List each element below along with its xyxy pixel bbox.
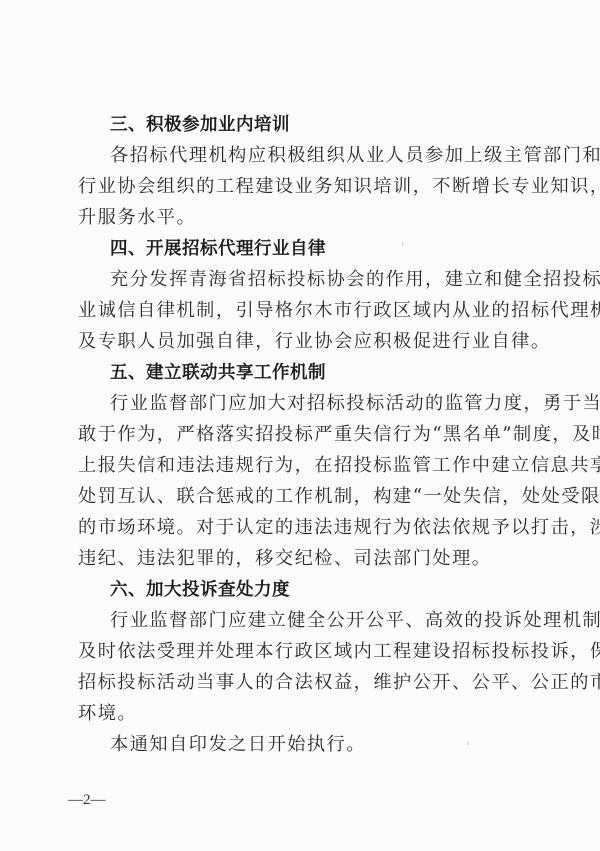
paragraph-line: 业诚信自律机制，引导格尔木市行政区域内从业的招标代理机构 xyxy=(78,300,532,322)
paragraph-line: 及时依法受理并处理本行政区域内工程建设招标投标投诉，保护 xyxy=(78,641,532,663)
paragraph-line: 行业协会组织的工程建设业务知识培训，不断增长专业知识，提 xyxy=(78,176,532,198)
paragraph-line: 行业监督部门应加大对招标投标活动的监管力度，勇于当担， xyxy=(110,393,532,415)
scan-artifact xyxy=(468,742,469,745)
paragraph-line: 行业监督部门应建立健全公开公平、高效的投诉处理机制， xyxy=(110,610,532,632)
paragraph-line: 处罚互认、联合惩戒的工作机制，构建“一处失信，处处受限” xyxy=(78,486,532,508)
paragraph-line: 充分发挥青海省招标投标协会的作用，建立和健全招投标行 xyxy=(110,269,532,291)
paragraph-line: 上报失信和违法违规行为，在招投标监管工作中建立信息共享、 xyxy=(78,455,532,477)
scan-artifact xyxy=(402,242,403,245)
section-heading-6: 六、加大投诉查处力度 xyxy=(110,579,290,601)
paragraph-line: 的市场环境。对于认定的违法违规行为依法依规予以打击，涉嫌 xyxy=(78,517,532,539)
paragraph-line: 招标投标活动当事人的合法权益，维护公开、公平、公正的市场 xyxy=(78,672,532,694)
paragraph-line: 敢于作为，严格落实招投标严重失信行为“黑名单”制度，及时 xyxy=(78,424,532,446)
document-page: 三、积极参加业内培训 各招标代理机构应积极组织从业人员参加上级主管部门和 行业协… xyxy=(0,0,600,851)
section-heading-3: 三、积极参加业内培训 xyxy=(110,114,290,136)
paragraph-line: 各招标代理机构应积极组织从业人员参加上级主管部门和 xyxy=(110,145,532,167)
paragraph-line: 违纪、违法犯罪的，移交纪检、司法部门处理。 xyxy=(78,548,532,570)
section-heading-4: 四、开展招标代理行业自律 xyxy=(110,238,326,260)
section-heading-5: 五、建立联动共享工作机制 xyxy=(110,362,326,384)
paragraph-line: 环境。 xyxy=(78,703,532,725)
closing-statement: 本通知自印发之日开始执行。 xyxy=(110,734,532,756)
paragraph-line: 升服务水平。 xyxy=(78,207,532,229)
paragraph-line: 及专职人员加强自律，行业协会应积极促进行业自律。 xyxy=(78,331,532,353)
page-number: —2— xyxy=(68,792,106,809)
